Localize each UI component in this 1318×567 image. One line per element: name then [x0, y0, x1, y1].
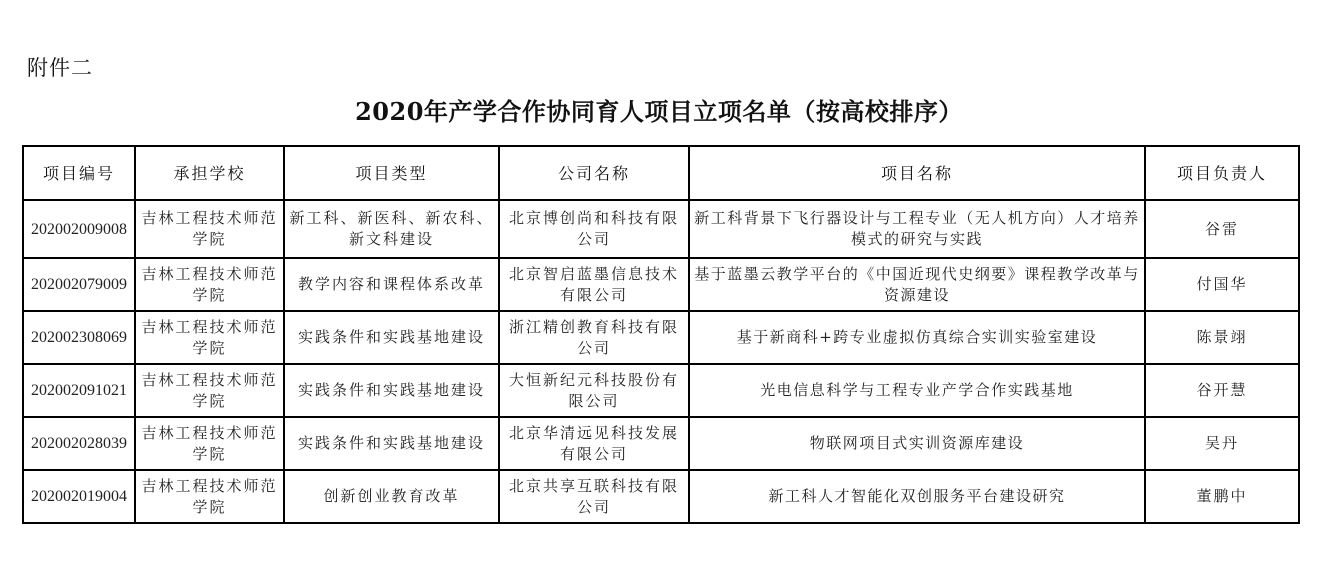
- cell-project-name: 新工科背景下飞行器设计与工程专业（无人机方向）人才培养模式的研究与实践: [689, 200, 1145, 258]
- table-row: 202002019004 吉林工程技术师范学院 创新创业教育改革 北京共享互联科…: [23, 470, 1299, 523]
- document-title: 2020年产学合作协同育人项目立项名单（按高校排序）: [0, 92, 1318, 127]
- table-row: 202002308069 吉林工程技术师范学院 实践条件和实践基地建设 浙江精创…: [23, 311, 1299, 364]
- cell-leader: 谷开慧: [1145, 364, 1299, 417]
- cell-company: 浙江精创教育科技有限公司: [499, 311, 689, 364]
- cell-project-type: 创新创业教育改革: [284, 470, 499, 523]
- cell-school: 吉林工程技术师范学院: [135, 364, 284, 417]
- cell-company: 北京智启蓝墨信息技术有限公司: [499, 258, 689, 311]
- cell-project-name: 基于蓝墨云教学平台的《中国近现代史纲要》课程教学改革与资源建设: [689, 258, 1145, 311]
- cell-project-id: 202002019004: [23, 470, 135, 523]
- cell-project-type: 实践条件和实践基地建设: [284, 311, 499, 364]
- cell-company: 北京华清远见科技发展有限公司: [499, 417, 689, 470]
- cell-school: 吉林工程技术师范学院: [135, 470, 284, 523]
- cell-project-id: 202002009008: [23, 200, 135, 258]
- table-header-row: 项目编号 承担学校 项目类型 公司名称 项目名称 项目负责人: [23, 146, 1299, 200]
- cell-project-type: 实践条件和实践基地建设: [284, 417, 499, 470]
- cell-school: 吉林工程技术师范学院: [135, 311, 284, 364]
- cell-project-id: 202002079009: [23, 258, 135, 311]
- cell-project-type: 实践条件和实践基地建设: [284, 364, 499, 417]
- cell-leader: 付国华: [1145, 258, 1299, 311]
- cell-leader: 吴丹: [1145, 417, 1299, 470]
- cell-leader: 谷雷: [1145, 200, 1299, 258]
- header-leader: 项目负责人: [1145, 146, 1299, 200]
- header-project-name: 项目名称: [689, 146, 1145, 200]
- cell-company: 北京博创尚和科技有限公司: [499, 200, 689, 258]
- table-row: 202002091021 吉林工程技术师范学院 实践条件和实践基地建设 大恒新纪…: [23, 364, 1299, 417]
- table-row: 202002009008 吉林工程技术师范学院 新工科、新医科、新农科、新文科建…: [23, 200, 1299, 258]
- cell-project-id: 202002091021: [23, 364, 135, 417]
- cell-leader: 陈景翊: [1145, 311, 1299, 364]
- cell-leader: 董鹏中: [1145, 470, 1299, 523]
- cell-school: 吉林工程技术师范学院: [135, 200, 284, 258]
- header-company: 公司名称: [499, 146, 689, 200]
- cell-project-name: 物联网项目式实训资源库建设: [689, 417, 1145, 470]
- cell-company: 大恒新纪元科技股份有限公司: [499, 364, 689, 417]
- header-project-id: 项目编号: [23, 146, 135, 200]
- cell-company: 北京共享互联科技有限公司: [499, 470, 689, 523]
- cell-school: 吉林工程技术师范学院: [135, 417, 284, 470]
- cell-project-id: 202002308069: [23, 311, 135, 364]
- table-row: 202002028039 吉林工程技术师范学院 实践条件和实践基地建设 北京华清…: [23, 417, 1299, 470]
- cell-project-name: 新工科人才智能化双创服务平台建设研究: [689, 470, 1145, 523]
- cell-project-id: 202002028039: [23, 417, 135, 470]
- cell-project-name: 基于新商科+跨专业虚拟仿真综合实训实验室建设: [689, 311, 1145, 364]
- cell-school: 吉林工程技术师范学院: [135, 258, 284, 311]
- header-school: 承担学校: [135, 146, 284, 200]
- header-project-type: 项目类型: [284, 146, 499, 200]
- cell-project-name: 光电信息科学与工程专业产学合作实践基地: [689, 364, 1145, 417]
- cell-project-type: 新工科、新医科、新农科、新文科建设: [284, 200, 499, 258]
- cell-project-type: 教学内容和课程体系改革: [284, 258, 499, 311]
- attachment-label: 附件二: [27, 52, 93, 82]
- table-row: 202002079009 吉林工程技术师范学院 教学内容和课程体系改革 北京智启…: [23, 258, 1299, 311]
- project-table: 项目编号 承担学校 项目类型 公司名称 项目名称 项目负责人 202002009…: [22, 145, 1300, 524]
